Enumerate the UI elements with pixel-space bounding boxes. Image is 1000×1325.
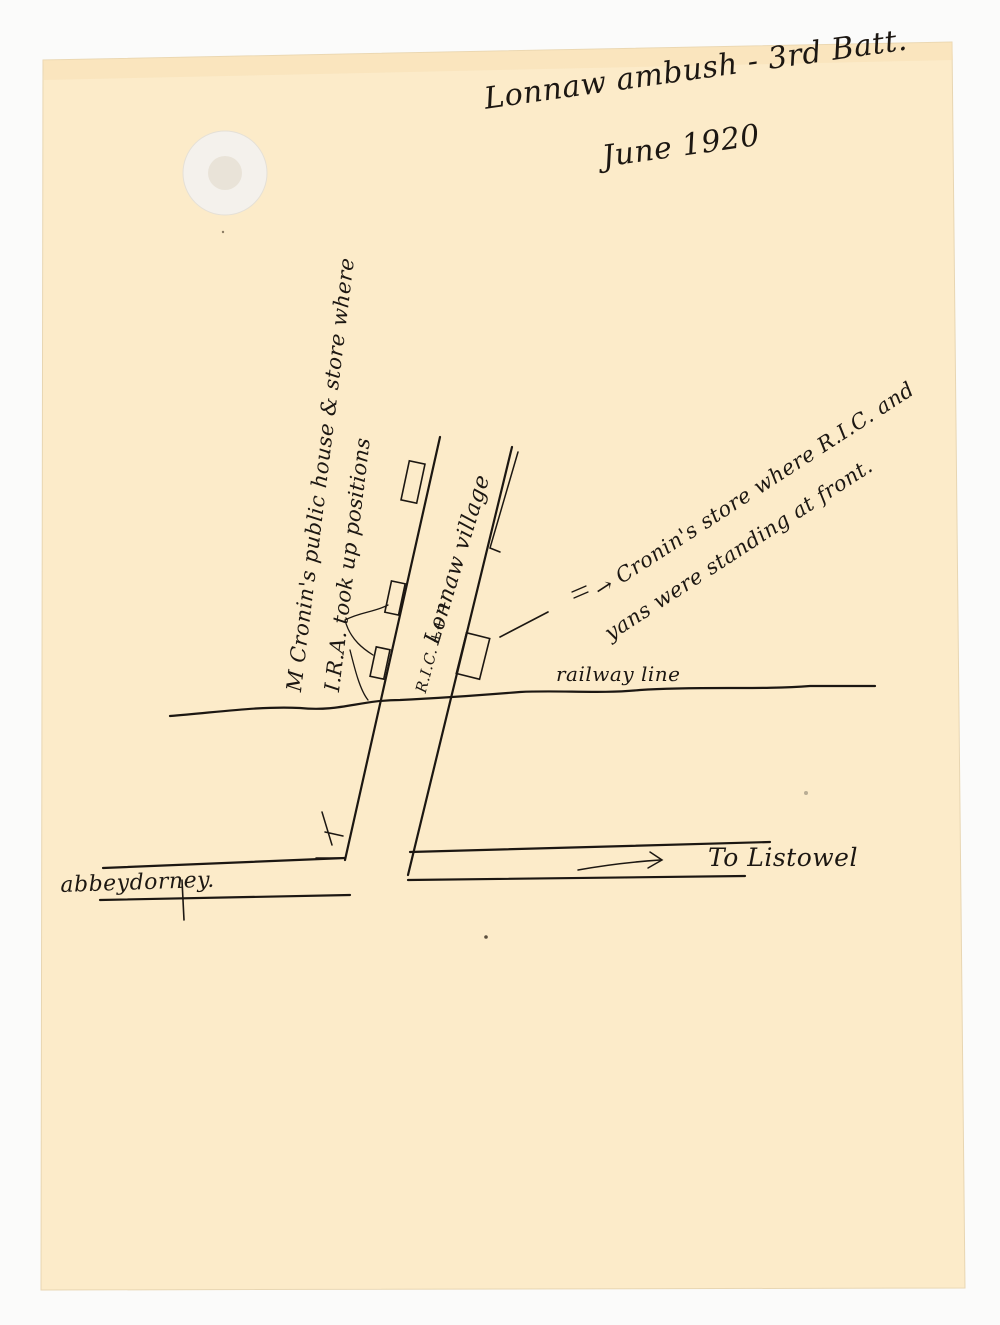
hole-reinforcer-icon (183, 131, 267, 215)
map-document (0, 0, 1000, 1325)
listowel-label: To Listowel (708, 843, 858, 872)
railway-label: railway line (556, 662, 681, 686)
paper-sheet (41, 42, 965, 1290)
